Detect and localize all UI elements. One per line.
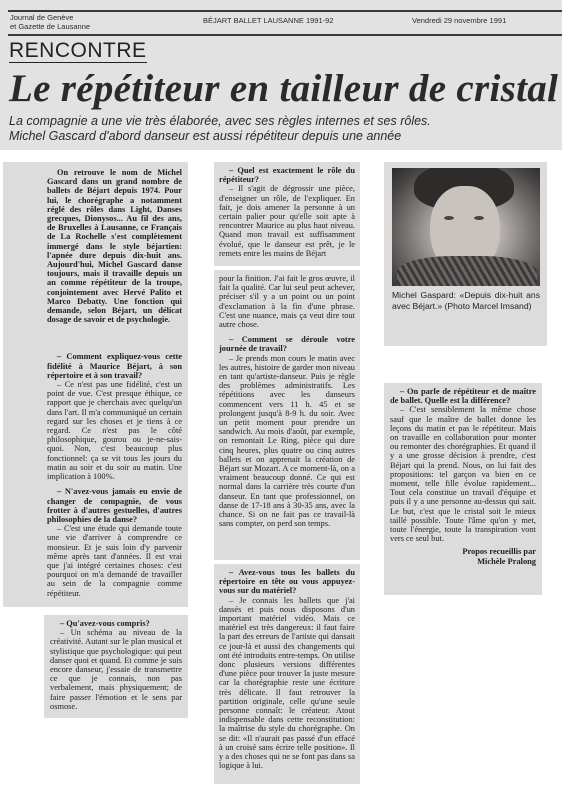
photo-scarf	[397, 256, 537, 286]
column-2-bottom-block: – Avez-vous tous les ballets du répertoi…	[214, 564, 360, 784]
lede: La compagnie a une vie très élaborée, av…	[9, 114, 431, 144]
question-4: – Quel est exactement le rôle du répétit…	[219, 166, 355, 184]
section-label: RENCONTRE	[9, 40, 147, 63]
headline: Le répétiteur en tailleur de cristal	[9, 68, 558, 110]
signature-author: Michèle Pralong	[390, 557, 536, 566]
masthead-rule	[8, 34, 562, 36]
question-1: – Comment expliquez-vous cette fidélité …	[47, 352, 182, 380]
portrait-photo	[392, 168, 540, 286]
column-1-block: On retrouve le nom de Michel Gascard dan…	[3, 162, 188, 607]
answer-4-continued: pour la finition. J'ai fait le gros œuvr…	[219, 274, 355, 329]
signature-line-1: Propos recueillis par	[390, 547, 536, 556]
publication-line-2: et Gazette de Lausanne	[10, 22, 90, 31]
photo-eye-right	[474, 216, 484, 220]
column-2-top-block: – Quel est exactement le rôle du répétit…	[214, 162, 360, 266]
column-1-lower-block: – Qu'avez-vous compris? – Un schéma au n…	[44, 615, 188, 718]
answer-3: – Un schéma au niveau de la créativité. …	[50, 628, 182, 711]
question-7: – On parle de répétiteur et de maître de…	[390, 387, 536, 405]
question-6: – Avez-vous tous les ballets du répertoi…	[219, 568, 355, 596]
column-2-middle-block: pour la finition. J'ai fait le gros œuvr…	[214, 270, 360, 560]
photo-caption: Michel Gaspard: «Depuis dix-huit ans ave…	[392, 290, 540, 311]
question-5: – Comment se déroule votre journée de tr…	[219, 335, 355, 353]
lede-line-2: Michel Gascard d'abord danseur est aussi…	[9, 129, 431, 144]
answer-7: – C'est sensiblement la même chose sauf …	[390, 405, 536, 543]
answer-5: – Je prends mon cours le matin avec les …	[219, 354, 355, 529]
intro-paragraph: On retrouve le nom de Michel Gascard dan…	[47, 168, 182, 324]
column-3-block: – On parle de répétiteur et de maître de…	[384, 383, 542, 595]
answer-6: – Je connais les ballets que j'ai dansés…	[219, 596, 355, 771]
publication-line-1: Journal de Genève	[10, 13, 90, 22]
masthead-center: BÉJART BALLET LAUSANNE 1991-92	[203, 16, 334, 25]
answer-2: – C'est une étude qui demande toute une …	[47, 524, 182, 598]
answer-1: – Ce n'est pas une fidélité, c'est un po…	[47, 380, 182, 481]
top-rule	[8, 10, 562, 12]
question-3: – Qu'avez-vous compris?	[50, 619, 182, 628]
masthead-date: Vendredi 29 novembre 1991	[412, 16, 506, 25]
answer-4: – Il s'agit de dégrossir une pièce, d'en…	[219, 184, 355, 258]
photo-eye-left	[444, 216, 454, 220]
question-2: – N'avez-vous jamais eu envie de changer…	[47, 487, 182, 524]
publication-name: Journal de Genève et Gazette de Lausanne	[10, 13, 90, 31]
lede-line-1: La compagnie a une vie très élaborée, av…	[9, 114, 431, 129]
